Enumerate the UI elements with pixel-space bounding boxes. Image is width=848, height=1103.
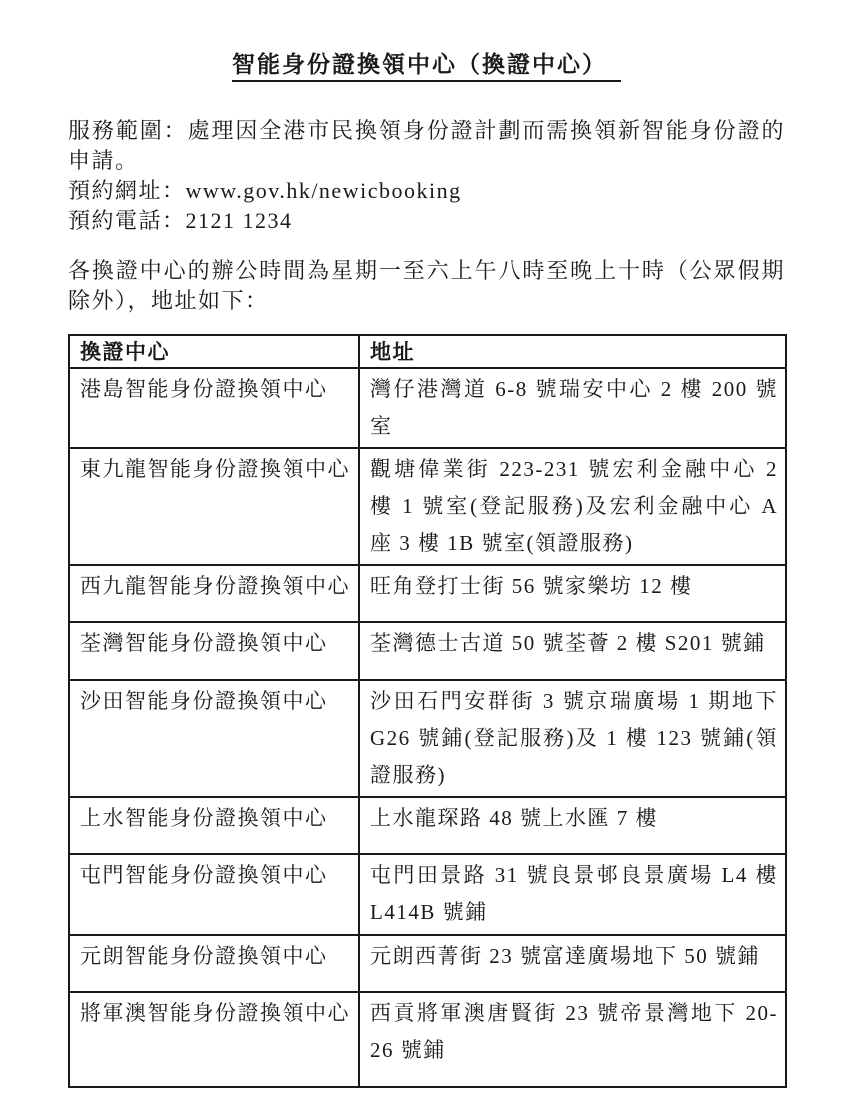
centre-name-cell: 元朗智能身份證換領中心 [69,935,359,992]
address-cell: 旺角登打士街 56 號家樂坊 12 樓 [359,565,786,622]
table-row: 荃灣智能身份證換領中心 荃灣德士古道 50 號荃薈 2 樓 S201 號鋪 [69,622,786,680]
centre-name-cell: 港島智能身份證換領中心 [69,368,359,448]
page-title: 智能身份證換領中心（換證中心） [68,50,785,80]
centre-name-cell: 東九龍智能身份證換領中心 [69,448,359,565]
table-header-row: 換證中心 地址 [69,335,786,368]
booking-url-value: www.gov.hk/newicbooking [186,178,462,203]
office-hours-text: 各換證中心的辦公時間為星期一至六上午八時至晚上十時（公眾假期除外），地址如下： [68,256,785,316]
table-row: 港島智能身份證換領中心 灣仔港灣道 6-8 號瑞安中心 2 樓 200 號室 [69,368,786,448]
booking-phone-label: 預約電話： [68,208,186,233]
table-row: 沙田智能身份證換領中心 沙田石門安群街 3 號京瑞廣場 1 期地下 G26 號鋪… [69,680,786,797]
centre-name-cell: 西九龍智能身份證換領中心 [69,565,359,622]
address-cell: 上水龍琛路 48 號上水匯 7 樓 [359,797,786,854]
centre-name-cell: 沙田智能身份證換領中心 [69,680,359,797]
address-cell: 西貢將軍澳唐賢街 23 號帝景灣地下 20-26 號鋪 [359,992,786,1087]
address-cell: 荃灣德士古道 50 號荃薈 2 樓 S201 號鋪 [359,622,786,680]
column-header-address: 地址 [359,335,786,368]
table-row: 將軍澳智能身份證換領中心 西貢將軍澳唐賢街 23 號帝景灣地下 20-26 號鋪 [69,992,786,1087]
booking-phone-line: 預約電話：2121 1234 [68,206,785,236]
address-cell: 屯門田景路 31 號良景邨良景廣場 L4 樓 L414B 號鋪 [359,854,786,935]
booking-url-label: 預約網址： [68,178,186,203]
booking-url-line: 預約網址：www.gov.hk/newicbooking [68,176,785,206]
document-page: 智能身份證換領中心（換證中心） 服務範圍：處理因全港市民換領身份證計劃而需換領新… [0,0,848,1103]
booking-phone-value: 2121 1234 [186,208,293,233]
table-row: 東九龍智能身份證換領中心 觀塘偉業街 223-231 號宏利金融中心 2 樓 1… [69,448,786,565]
centres-table: 換證中心 地址 港島智能身份證換領中心 灣仔港灣道 6-8 號瑞安中心 2 樓 … [68,334,787,1088]
centre-name-cell: 屯門智能身份證換領中心 [69,854,359,935]
table-row: 西九龍智能身份證換領中心 旺角登打士街 56 號家樂坊 12 樓 [69,565,786,622]
service-scope-text: 服務範圍：處理因全港市民換領身份證計劃而需換領新智能身份證的申請。 [68,116,785,176]
address-cell: 沙田石門安群街 3 號京瑞廣場 1 期地下 G26 號鋪(登記服務)及 1 樓 … [359,680,786,797]
table-row: 元朗智能身份證換領中心 元朗西菁街 23 號富達廣場地下 50 號鋪 [69,935,786,992]
address-cell: 觀塘偉業街 223-231 號宏利金融中心 2 樓 1 號室(登記服務)及宏利金… [359,448,786,565]
table-row: 屯門智能身份證換領中心 屯門田景路 31 號良景邨良景廣場 L4 樓 L414B… [69,854,786,935]
page-title-text: 智能身份證換領中心（換證中心） [232,52,621,82]
address-cell: 灣仔港灣道 6-8 號瑞安中心 2 樓 200 號室 [359,368,786,448]
column-header-centre: 換證中心 [69,335,359,368]
centre-name-cell: 將軍澳智能身份證換領中心 [69,992,359,1087]
address-cell: 元朗西菁街 23 號富達廣場地下 50 號鋪 [359,935,786,992]
table-row: 上水智能身份證換領中心 上水龍琛路 48 號上水匯 7 樓 [69,797,786,854]
centre-name-cell: 荃灣智能身份證換領中心 [69,622,359,680]
centre-name-cell: 上水智能身份證換領中心 [69,797,359,854]
